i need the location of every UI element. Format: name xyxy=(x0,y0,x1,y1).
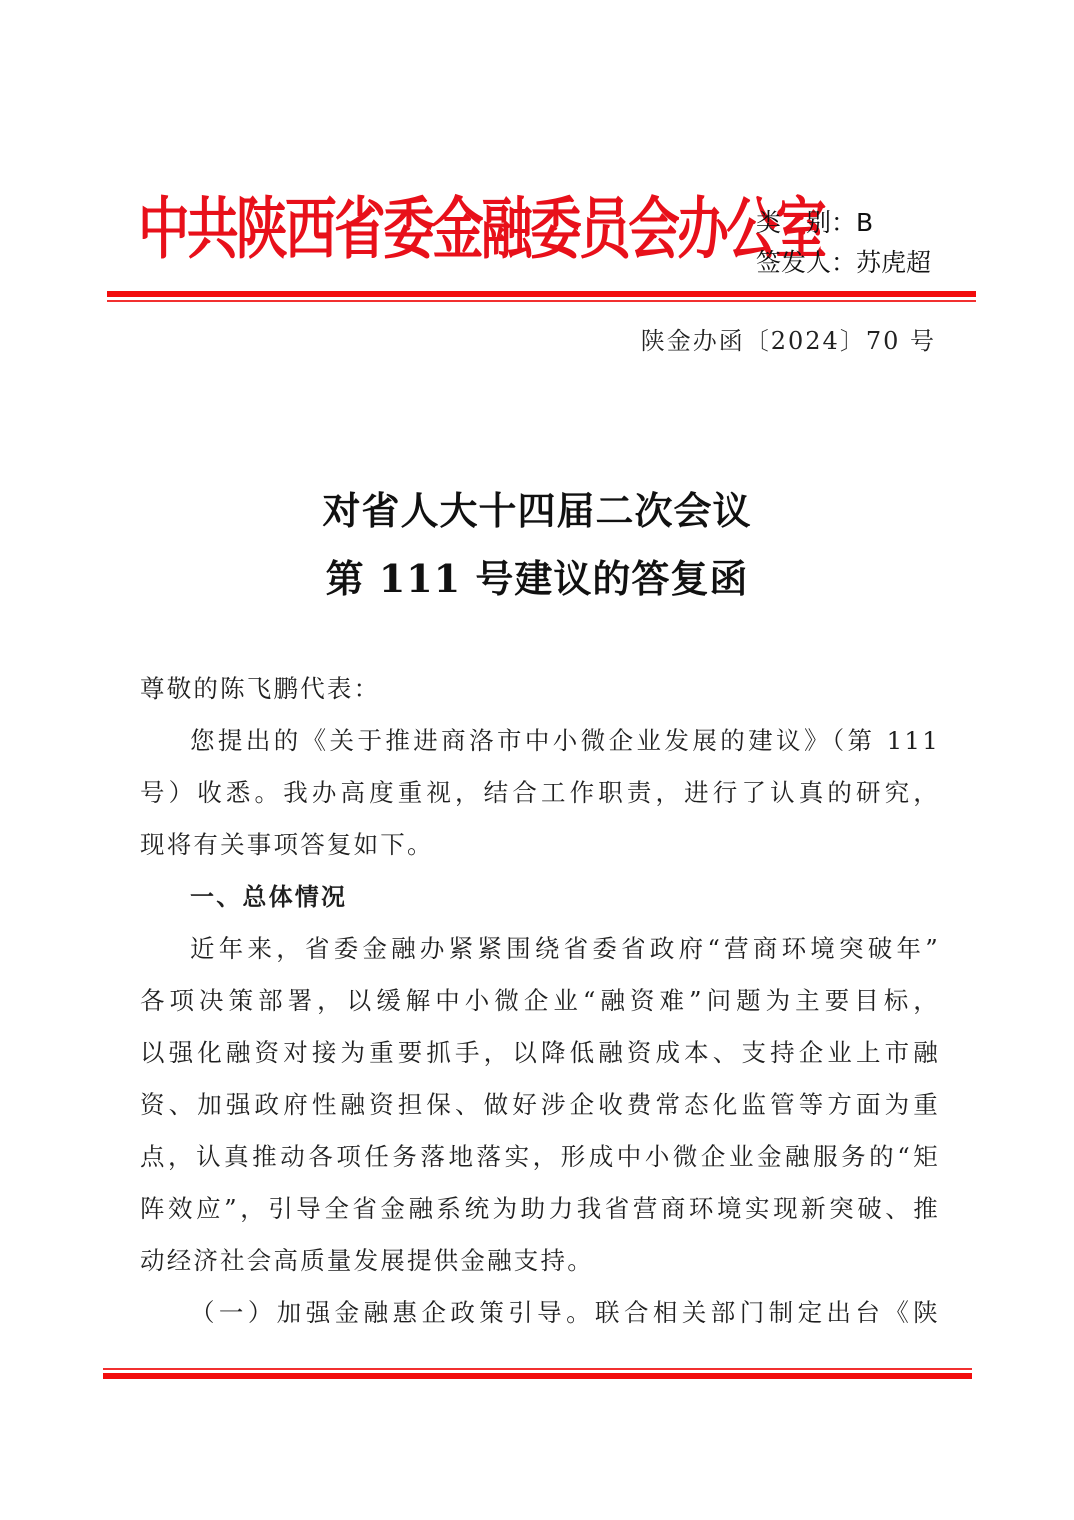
issuing-organization: 中共陕西省委金融委员会办公室 xyxy=(138,196,824,263)
paragraph-2-line-6: 阵效应”，引导全省金融系统为助力我省营商环境实现新突破、推 xyxy=(140,1183,940,1235)
letter-body: 尊敬的陈飞鹏代表： 您提出的《关于推进商洛市中小微企业发展的建议》（第 111 … xyxy=(140,663,940,1339)
category-field: 类 别：B xyxy=(756,210,873,235)
document-number: 陕金办函〔2024〕70 号 xyxy=(641,321,936,356)
paragraph-2-line-2: 各项决策部署，以缓解中小微企业“融资难”问题为主要目标， xyxy=(140,975,940,1027)
paragraph-2-line-1: 近年来，省委金融办紧紧围绕省委省政府“营商环境突破年” xyxy=(140,923,940,975)
paragraph-1-line-3: 现将有关事项答复如下。 xyxy=(140,819,940,871)
paragraph-2-line-7: 动经济社会高质量发展提供金融支持。 xyxy=(140,1235,940,1287)
footer-rule-thin xyxy=(103,1368,972,1370)
category-value: B xyxy=(856,208,873,237)
paragraph-2-line-5: 点，认真推动各项任务落地落实，形成中小微企业金融服务的“矩 xyxy=(140,1131,940,1183)
header-rule-thick xyxy=(107,291,976,297)
document-title-line-1: 对省人大十四届二次会议 xyxy=(0,480,1074,535)
category-label: 类 别： xyxy=(756,208,856,237)
section-heading-overview: 一、总体情况 xyxy=(140,871,940,923)
paragraph-2-line-4: 资、加强政府性融资担保、做好涉企收费常态化监管等方面为重 xyxy=(140,1079,940,1131)
signer-field: 签发人：苏虎超 xyxy=(756,250,931,275)
header-rule-thin xyxy=(107,300,976,302)
signer-label: 签发人： xyxy=(756,248,856,277)
document-title-line-2: 第 111 号建议的答复函 xyxy=(0,548,1074,603)
signer-value: 苏虎超 xyxy=(856,248,931,277)
footer-rule-thick xyxy=(103,1373,972,1379)
paragraph-3-line-1: （一）加强金融惠企政策引导。联合相关部门制定出台《陕 xyxy=(140,1287,940,1339)
paragraph-1-line-1: 您提出的《关于推进商洛市中小微企业发展的建议》（第 111 xyxy=(140,715,940,767)
salutation: 尊敬的陈飞鹏代表： xyxy=(140,663,940,715)
paragraph-2-line-3: 以强化融资对接为重要抓手，以降低融资成本、支持企业上市融 xyxy=(140,1027,940,1079)
paragraph-1-line-2: 号）收悉。我办高度重视，结合工作职责，进行了认真的研究， xyxy=(140,767,940,819)
